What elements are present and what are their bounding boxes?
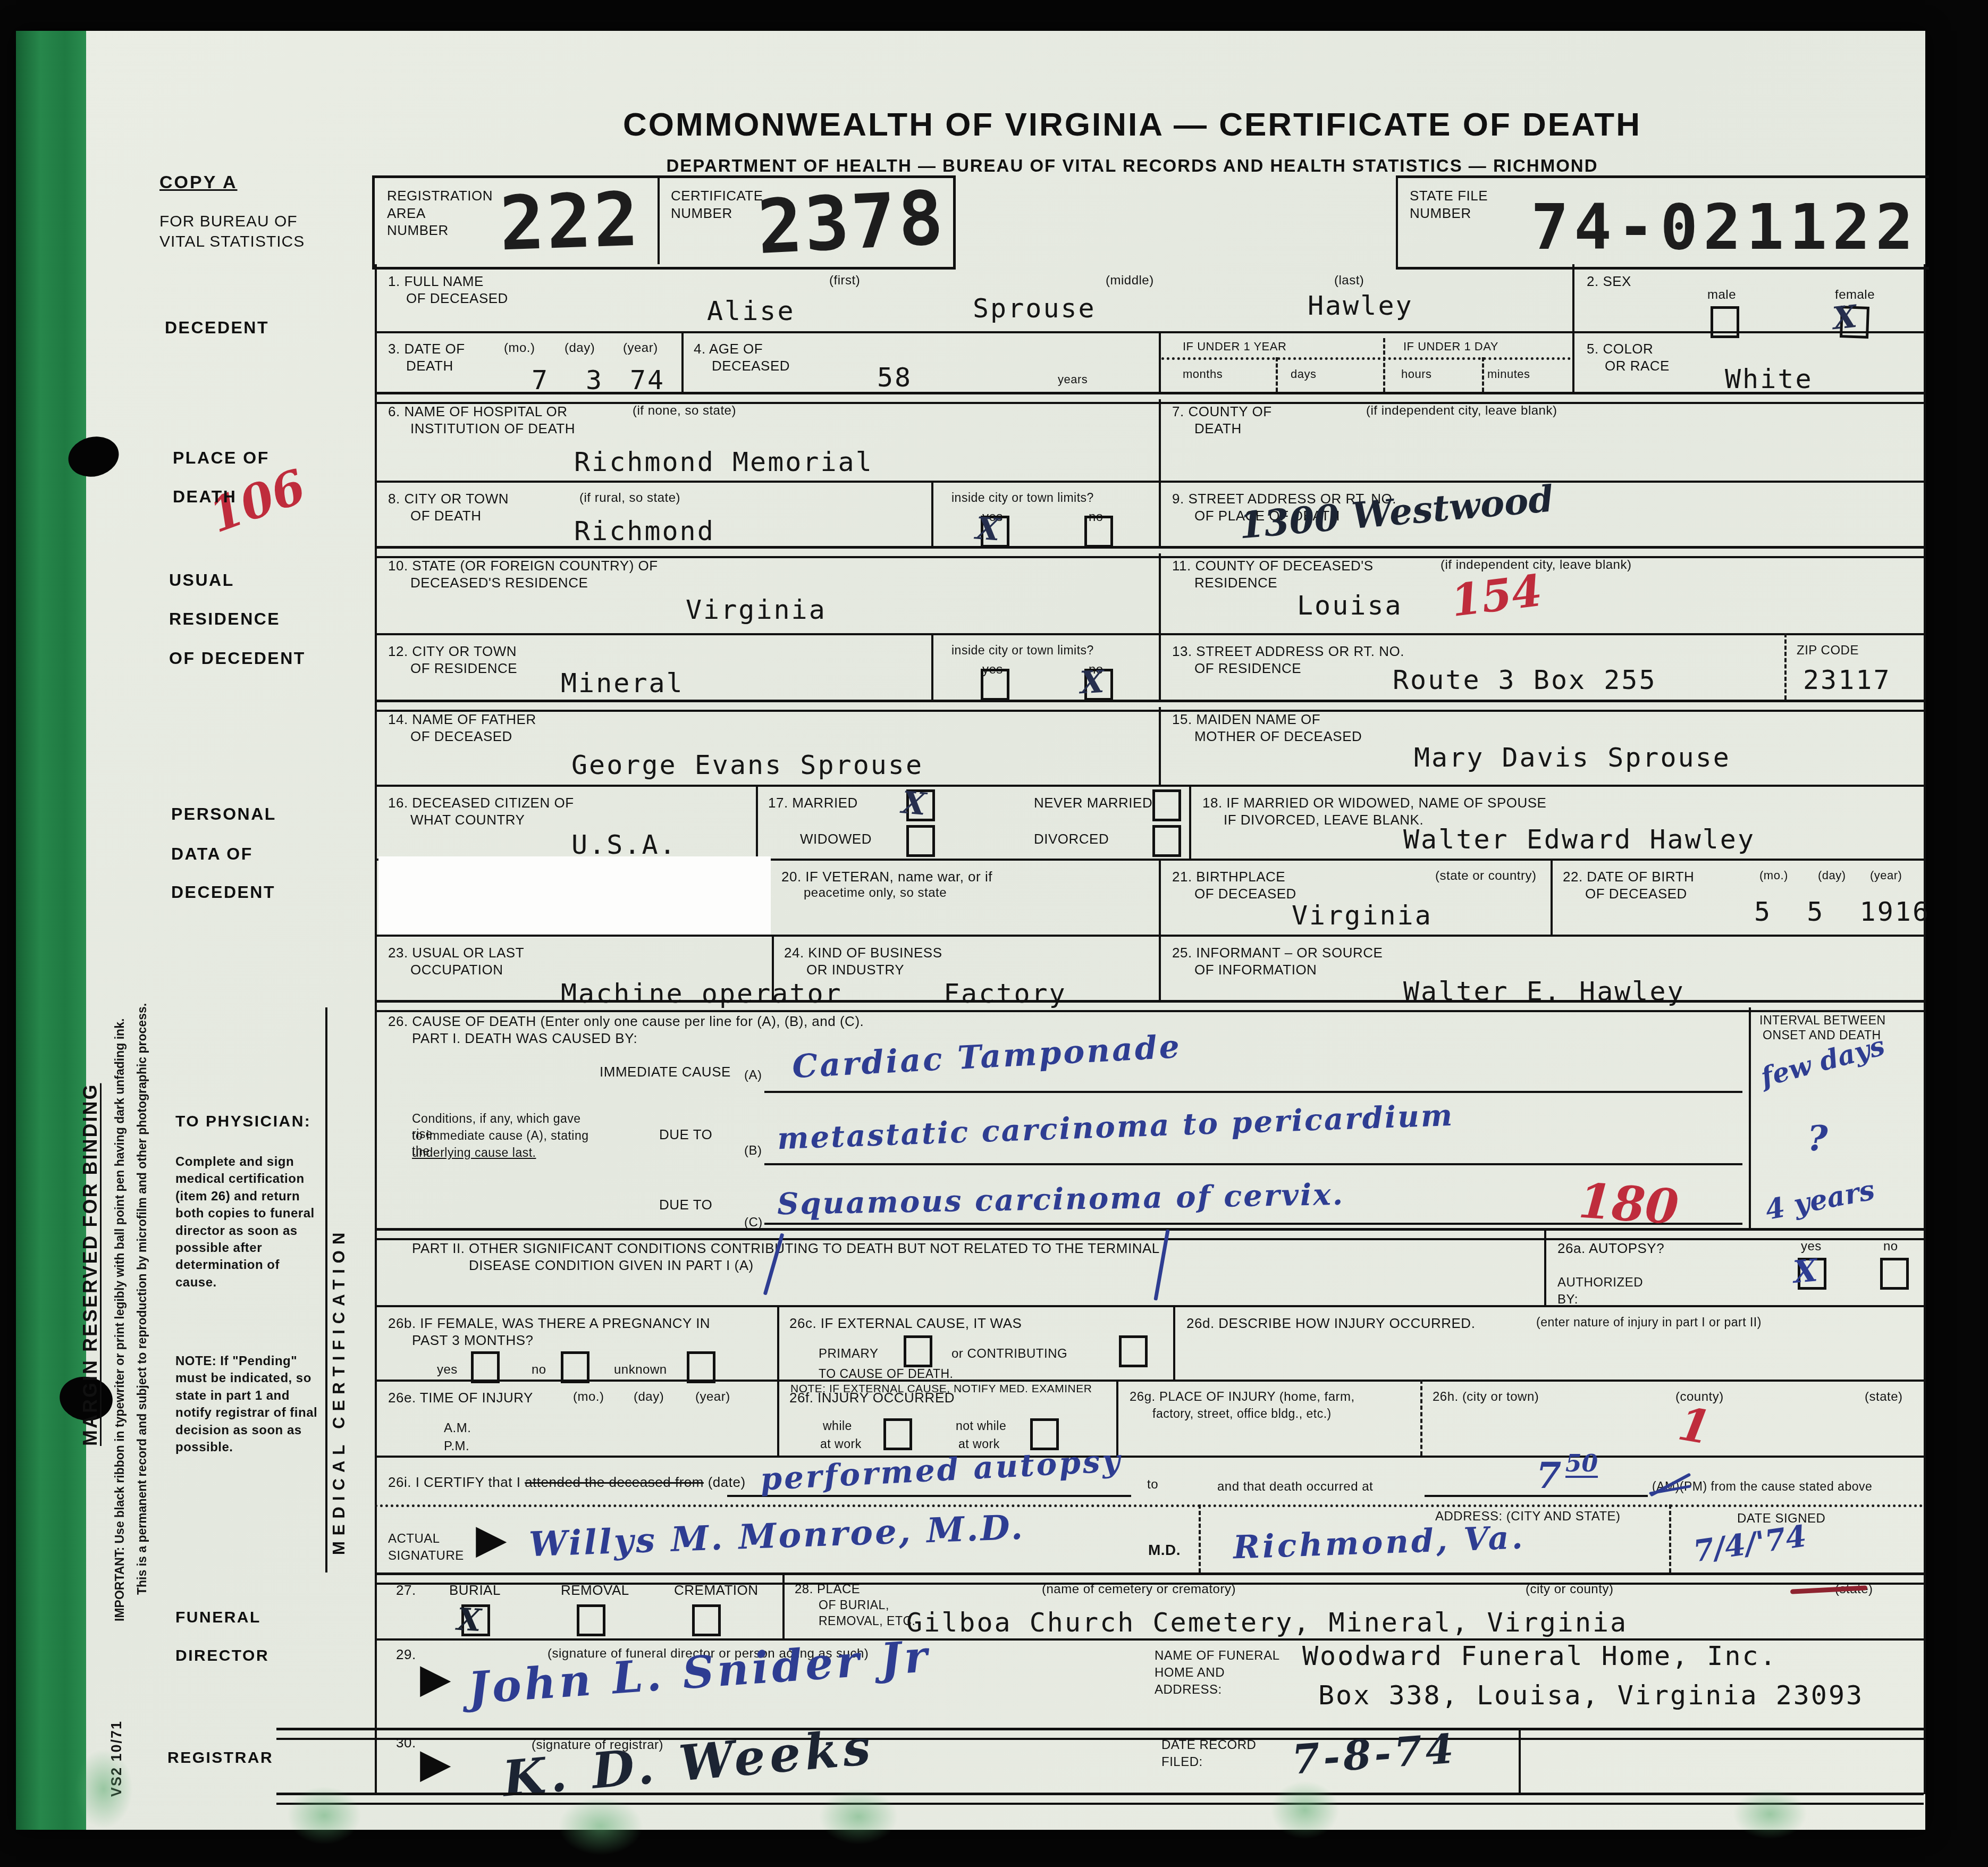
cremation-checkbox	[692, 1604, 721, 1636]
primary-checkbox	[904, 1335, 932, 1367]
field12-label: 12. CITY OR TOWN	[388, 643, 517, 660]
while-at-work-checkbox	[883, 1418, 912, 1450]
field27-no: 27.	[396, 1582, 416, 1599]
preg-yes-checkbox	[471, 1351, 500, 1383]
stamp-smudge	[74, 1749, 133, 1829]
immediate-cause-label: IMMEDIATE CAUSE	[600, 1063, 731, 1081]
city-county-hint: (city or county)	[1526, 1582, 1613, 1597]
rule	[1161, 357, 1571, 360]
primary-label: PRIMARY	[819, 1346, 878, 1362]
interval-label-1: INTERVAL BETWEEN	[1759, 1013, 1886, 1028]
field25-label: 25. INFORMANT – OR SOURCE	[1172, 944, 1383, 962]
funeral-home-name: Woodward Funeral Home, Inc.	[1302, 1642, 1778, 1671]
field26-head: 26. CAUSE OF DEATH (Enter only one cause…	[388, 1013, 864, 1030]
physician-note-1: Complete and sign medical certification …	[175, 1154, 324, 1291]
margin-binding-text: MARGIN RESERVED FOR BINDING	[81, 702, 112, 1446]
rule	[1482, 357, 1484, 392]
field26f-label: 26f. INJURY OCCURRED	[789, 1389, 955, 1407]
age-value: 58	[877, 363, 912, 392]
preg-yes-label: yes	[437, 1362, 458, 1378]
section-decedent: DECEDENT	[165, 319, 269, 336]
field28-label-2: OF BURIAL,	[819, 1597, 889, 1613]
under-1-day-label: IF UNDER 1 DAY	[1403, 339, 1498, 354]
preg-no-label: no	[532, 1362, 546, 1378]
field14-label: 14. NAME OF FATHER	[388, 711, 536, 728]
section-funeral-1: FUNERAL	[175, 1610, 261, 1626]
limits-label: inside city or town limits?	[951, 490, 1094, 506]
rule	[1159, 399, 1161, 546]
rule	[1749, 1007, 1751, 1228]
stamp-smudge	[558, 1797, 643, 1855]
death-time-minutes: 50	[1565, 1452, 1598, 1478]
field26d-label: 26d. DESCRIBE HOW INJURY OCCURRED.	[1186, 1315, 1475, 1332]
field7-label2: DEATH	[1194, 420, 1242, 438]
registrar-signature-pointer: ▶	[420, 1744, 451, 1784]
part2-label-2: DISEASE CONDITION GIVEN IN PART I (A)	[469, 1257, 754, 1274]
burial-place-value: Gilboa Church Cemetery, Mineral, Virgini…	[906, 1608, 1628, 1637]
field8-label: 8. CITY OR TOWN	[388, 490, 509, 508]
rule	[1159, 331, 1161, 392]
date-filed-label-2: FILED:	[1161, 1754, 1203, 1770]
field30-no: 30.	[396, 1734, 416, 1752]
cemetery-hint: (name of cemetery or crematory)	[1042, 1582, 1236, 1597]
stamp-smudge	[1733, 1789, 1807, 1839]
preg-unknown-label: unknown	[614, 1362, 667, 1378]
rule	[1159, 553, 1161, 633]
field24-label2: OR INDUSTRY	[806, 961, 904, 979]
field11-label2: RESIDENCE	[1194, 574, 1277, 592]
rule	[1159, 935, 1161, 1000]
field5-label: 5. COLOR	[1587, 340, 1653, 358]
conditions-note-3: underlying cause last.	[412, 1145, 536, 1160]
funeral-signature-pointer: ▶	[420, 1659, 451, 1699]
field8-label2: OF DEATH	[410, 507, 482, 525]
rule	[658, 175, 660, 264]
margin-important-text-1: IMPORTANT: Use black ribbon in typewrite…	[114, 579, 134, 1621]
field10-label2: DECEASED'S RESIDENCE	[410, 574, 588, 592]
rule	[276, 1728, 1924, 1740]
last-hint: (last)	[1334, 273, 1364, 289]
medical-certification-label: MEDICAL CERTIFICATION	[331, 1055, 368, 1555]
certify-date-hint: (date)	[708, 1474, 746, 1490]
field26b-label-1: 26b. IF FEMALE, WAS THERE A PREGNANCY IN	[388, 1315, 710, 1332]
limits2-no-mark: X	[1080, 666, 1105, 698]
rule	[375, 935, 1924, 937]
preg-unknown-checkbox	[687, 1351, 715, 1383]
hospital-value: Richmond Memorial	[574, 448, 873, 477]
rule	[772, 935, 774, 1000]
mother-name: Mary Davis Sprouse	[1414, 743, 1731, 772]
minutes-label: minutes	[1487, 367, 1530, 382]
funeral-home-label-2: HOME AND	[1155, 1665, 1225, 1681]
married-label: 17. MARRIED	[768, 794, 858, 812]
section-place-2: DEATH	[173, 488, 237, 505]
am-label: A.M.	[444, 1420, 471, 1436]
field5-label2: OR RACE	[1605, 357, 1670, 375]
deceased-first-name: Alise	[707, 297, 795, 326]
field26e-label: 26e. TIME OF INJURY	[388, 1389, 533, 1407]
rule	[1551, 859, 1553, 935]
pm-label: P.M.	[444, 1439, 469, 1454]
male-label: male	[1707, 287, 1736, 303]
actual-label-1: ACTUAL	[388, 1531, 440, 1547]
injury-mo-hint: (mo.)	[573, 1389, 604, 1405]
contributing-checkbox	[1119, 1335, 1148, 1367]
residence-state: Virginia	[686, 595, 827, 625]
certify-struck-text: attended the deceased from	[525, 1474, 704, 1490]
authorized-label-1: AUTHORIZED	[1557, 1275, 1643, 1291]
autopsy-yes-mark: X	[1792, 1255, 1819, 1288]
rule	[1784, 633, 1787, 700]
md-label: M.D.	[1148, 1541, 1181, 1559]
limits2-yes-checkbox	[981, 669, 1009, 701]
rule	[375, 1504, 1924, 1507]
limits-no-checkbox	[1084, 516, 1113, 548]
rule	[1924, 264, 1926, 1794]
burial-mark: X	[457, 1604, 482, 1636]
while-label-1: while	[823, 1418, 852, 1434]
rule	[1159, 859, 1161, 935]
cause-c-value: Squamous carcinoma of cervix.	[777, 1180, 1345, 1220]
zip-label: ZIP CODE	[1797, 643, 1859, 659]
field29-no: 29.	[396, 1646, 416, 1663]
while-label-2: at work	[820, 1436, 862, 1452]
field13-label2: OF RESIDENCE	[1194, 660, 1301, 677]
field8-hint: (if rural, so state)	[579, 490, 680, 506]
stamp-smudge	[819, 1789, 898, 1845]
dob-mo-hint: (mo.)	[1759, 868, 1788, 883]
copy-label: COPY A	[159, 171, 237, 194]
field6-hint: (if none, so state)	[633, 403, 736, 419]
stamp-smudge	[287, 1786, 361, 1845]
part2-label-1: PART II. OTHER SIGNIFICANT CONDITIONS CO…	[412, 1240, 1160, 1257]
field1-label2: OF DECEASED	[406, 290, 508, 307]
zip-value: 23117	[1803, 666, 1891, 695]
rule	[1159, 707, 1161, 785]
rule	[375, 1228, 1924, 1240]
field12-label2: OF RESIDENCE	[410, 660, 517, 677]
actual-label-2: SIGNATURE	[388, 1548, 464, 1564]
field28-label-1: 28. PLACE	[795, 1582, 860, 1597]
days-label: days	[1291, 367, 1316, 382]
months-label: months	[1183, 367, 1223, 382]
female-check-mark: X	[1831, 301, 1858, 334]
field15-label: 15. MAIDEN NAME OF	[1172, 711, 1320, 728]
widowed-checkbox	[906, 825, 935, 857]
certify-to-label: to	[1147, 1477, 1158, 1493]
rule	[756, 785, 758, 859]
section-personal-3: DECEDENT	[171, 884, 275, 901]
state-file-number: 74-021122	[1531, 196, 1918, 258]
birthplace-value: Virginia	[1292, 901, 1433, 930]
field26c-label: 26c. IF EXTERNAL CAUSE, IT WAS	[789, 1315, 1022, 1332]
binding-stripe	[16, 31, 86, 1830]
widowed-label: WIDOWED	[800, 830, 872, 848]
contributing-label: or CONTRIBUTING	[951, 1346, 1067, 1362]
rule	[1159, 633, 1161, 700]
section-usual-1: USUAL	[169, 571, 234, 588]
rule	[1383, 338, 1385, 392]
certificate-number: 2378	[756, 181, 947, 265]
field6-label: 6. NAME OF HOSPITAL OR	[388, 403, 568, 421]
field24-label: 24. KIND OF BUSINESS	[784, 944, 942, 962]
field1-label: 1. FULL NAME	[388, 273, 484, 290]
section-usual-2: RESIDENCE	[169, 610, 280, 627]
death-time-value: 7	[1536, 1458, 1561, 1494]
field15-label2: MOTHER OF DECEASED	[1194, 728, 1362, 745]
cremation-label: CREMATION	[674, 1582, 759, 1599]
dob-day-hint: (day)	[1818, 868, 1846, 883]
citizen-value: U.S.A.	[571, 830, 677, 860]
preg-no-checkbox	[561, 1351, 589, 1383]
rule	[375, 331, 1924, 333]
field21-hint: (state or country)	[1435, 868, 1536, 884]
death-month: 7	[532, 366, 549, 395]
redaction-box	[378, 856, 771, 937]
limits-yes-mark: X	[975, 513, 1001, 545]
residence-city: Mineral	[561, 669, 684, 698]
field21-label2: OF DECEASED	[1194, 885, 1296, 903]
injury-year-hint: (year)	[695, 1389, 730, 1405]
death-day: 3	[586, 366, 603, 395]
rule	[1544, 1228, 1546, 1305]
stamp-smudge	[1270, 1781, 1340, 1839]
injury-day-hint: (day)	[634, 1389, 664, 1405]
rule	[375, 392, 1924, 404]
rule	[375, 264, 377, 1794]
field16-label: 16. DECEASED CITIZEN OF	[388, 794, 574, 812]
funeral-home-label-1: NAME OF FUNERAL	[1155, 1648, 1280, 1664]
rule	[764, 1163, 1742, 1165]
section-funeral-2: DIRECTOR	[175, 1648, 269, 1664]
certificate-subtitle: DEPARTMENT OF HEALTH — BUREAU OF VITAL R…	[521, 155, 1743, 176]
married-mark: X	[901, 787, 928, 820]
date-filed-value: 7-8-74	[1291, 1728, 1458, 1780]
funeral-home-address: Box 338, Louisa, Virginia 23093	[1318, 1681, 1864, 1710]
never-married-label: NEVER MARRIED	[1034, 794, 1152, 812]
rule	[777, 1305, 779, 1380]
field23-label: 23. USUAL OR LAST	[388, 944, 524, 962]
section-registrar: REGISTRAR	[167, 1750, 273, 1766]
due-to-c-label: DUE TO	[659, 1196, 712, 1214]
removal-label: REMOVAL	[561, 1582, 629, 1599]
physician-address: Richmond, Va.	[1233, 1521, 1526, 1563]
field26g-label-2: factory, street, office bldg., etc.)	[1152, 1406, 1332, 1422]
autopsy-no-label: no	[1883, 1239, 1898, 1255]
cause-a-label: (A)	[744, 1067, 762, 1083]
field13-label: 13. STREET ADDRESS OR RT. NO.	[1172, 643, 1404, 660]
rule	[375, 1305, 1924, 1307]
spouse-name: Walter Edward Hawley	[1403, 825, 1755, 854]
autopsy-no-checkbox	[1880, 1258, 1909, 1290]
rule	[325, 1007, 327, 1572]
field22-label2: OF DECEASED	[1585, 885, 1687, 903]
state-file-label: STATE FILE NUMBER	[1410, 187, 1516, 222]
not-while-label-1: not while	[956, 1418, 1006, 1434]
rule	[681, 331, 684, 392]
rule	[1199, 1504, 1201, 1572]
field25-label2: OF INFORMATION	[1194, 961, 1317, 979]
hours-label: hours	[1401, 367, 1432, 382]
field26b-label-2: PAST 3 MONTHS?	[412, 1332, 534, 1349]
rule	[375, 546, 1924, 558]
registration-area-label: REGISTRATION AREA NUMBER	[387, 187, 485, 239]
divorced-checkbox	[1152, 825, 1181, 857]
race-value: White	[1725, 365, 1813, 394]
field26-part1: PART I. DEATH WAS CAUSED BY:	[412, 1030, 637, 1047]
field20-label2: peacetime only, so state	[804, 885, 947, 901]
rule	[782, 1572, 785, 1638]
rule	[931, 481, 933, 546]
rule	[1420, 1380, 1422, 1456]
field26d-hint: (enter nature of injury in part I or par…	[1536, 1315, 1762, 1330]
for-bureau-label: FOR BUREAU OF VITAL STATISTICS	[159, 212, 346, 251]
city-of-death: Richmond	[574, 517, 715, 546]
scanned-death-certificate: MARGIN RESERVED FOR BINDING IMPORTANT: U…	[0, 0, 1988, 1867]
field7-label: 7. COUNTY OF	[1172, 403, 1272, 421]
funeral-home-label-3: ADDRESS:	[1155, 1682, 1222, 1698]
registration-area-number: 222	[499, 182, 642, 262]
residence-street: Route 3 Box 255	[1393, 666, 1657, 695]
rule	[375, 1456, 1924, 1458]
rule	[375, 785, 1924, 787]
red-mark-180: 180	[1577, 1177, 1680, 1232]
residence-county: Louisa	[1297, 591, 1403, 620]
field3-label2: DEATH	[406, 357, 453, 375]
certificate-title: COMMONWEALTH OF VIRGINIA — CERTIFICATE O…	[521, 105, 1743, 145]
rule	[375, 633, 1924, 635]
field14-label2: OF DECEASED	[410, 728, 512, 745]
deceased-middle-name: Sprouse	[973, 294, 1096, 323]
rule	[1519, 1728, 1521, 1793]
rule	[777, 1380, 779, 1456]
margin-important-text-2: This is a permanent record and subject t…	[136, 617, 156, 1595]
field4-label: 4. AGE OF	[694, 340, 763, 358]
field20-label: 20. IF VETERAN, name war, or if	[781, 868, 992, 886]
physician-note-2: NOTE: If "Pending" must be indicated, so…	[175, 1353, 324, 1456]
year-hint: (year)	[623, 340, 658, 356]
certify-text: 26i. I CERTIFY that I	[388, 1474, 520, 1490]
cause-b-label: (B)	[744, 1143, 762, 1159]
field18-label: 18. IF MARRIED OR WIDOWED, NAME OF SPOUS…	[1202, 794, 1546, 812]
certify-label: 26i. I CERTIFY that I attended the decea…	[388, 1474, 746, 1491]
male-checkbox	[1711, 306, 1739, 338]
certificate-paper	[16, 31, 1925, 1830]
rule	[1173, 1305, 1175, 1380]
field21-label: 21. BIRTHPLACE	[1172, 868, 1285, 886]
field11-label: 11. COUNTY OF DECEASED'S	[1172, 557, 1374, 575]
to-physician-label: TO PHYSICIAN:	[175, 1114, 311, 1130]
burial-label: BURIAL	[449, 1582, 501, 1599]
field23-label2: OCCUPATION	[410, 961, 503, 979]
due-to-b-label: DUE TO	[659, 1126, 712, 1143]
field4-label2: DECEASED	[712, 357, 790, 375]
rule	[1189, 785, 1191, 859]
occurred-label: and that death occurred at	[1217, 1479, 1373, 1495]
certificate-number-label: CERTIFICATE NUMBER	[671, 187, 759, 222]
field28-label-3: REMOVAL, ETC.	[819, 1613, 915, 1629]
first-hint: (first)	[829, 273, 860, 289]
dob-year-hint: (year)	[1870, 868, 1902, 883]
rule	[276, 1793, 1924, 1805]
field6-label2: INSTITUTION OF DEATH	[410, 420, 575, 438]
removal-checkbox	[577, 1604, 605, 1636]
section-place-1: PLACE OF	[173, 449, 269, 466]
field2-label: 2. SEX	[1587, 273, 1631, 290]
day-hint: (day)	[565, 340, 595, 356]
red-mark-154: 154	[1449, 569, 1545, 623]
rule	[375, 700, 1924, 712]
middle-hint: (middle)	[1106, 273, 1154, 289]
rule	[375, 1380, 1924, 1382]
field3-label: 3. DATE OF	[388, 340, 465, 358]
rule	[1669, 1504, 1671, 1572]
section-personal-2: DATA OF	[171, 845, 253, 862]
section-usual-3: OF DECEDENT	[169, 650, 306, 667]
state-hint: (state)	[1865, 1389, 1903, 1405]
field18-label2: IF DIVORCED, LEAVE BLANK.	[1224, 811, 1423, 829]
father-name: George Evans Sprouse	[571, 751, 923, 780]
date-filed-label-1: DATE RECORD	[1161, 1737, 1256, 1753]
section-personal-1: PERSONAL	[171, 805, 276, 822]
rule	[764, 1091, 1742, 1093]
autopsy-label: 26a. AUTOPSY?	[1557, 1240, 1664, 1257]
dob-value: 5 5 1916	[1754, 897, 1930, 927]
mo-hint: (mo.)	[504, 340, 535, 356]
field22-label: 22. DATE OF BIRTH	[1563, 868, 1694, 886]
rule	[931, 633, 933, 700]
deceased-last-name: Hawley	[1308, 291, 1413, 321]
field7-hint: (if independent city, leave blank)	[1366, 403, 1557, 419]
rule	[375, 1000, 1924, 1012]
field26h-label: 26h. (city or town)	[1433, 1389, 1539, 1405]
under-1-year-label: IF UNDER 1 YEAR	[1183, 339, 1286, 354]
rule	[1572, 264, 1574, 392]
field16-label2: WHAT COUNTRY	[410, 811, 525, 829]
rule	[375, 481, 1924, 483]
field10-label: 10. STATE (OR FOREIGN COUNTRY) OF	[388, 557, 658, 575]
divorced-label: DIVORCED	[1034, 830, 1109, 848]
death-year: 74	[630, 366, 665, 395]
rule	[1276, 357, 1278, 392]
interval-b-value: ?	[1807, 1121, 1828, 1156]
signature-pointer: ▶	[476, 1519, 507, 1560]
field26g-label-1: 26g. PLACE OF INJURY (home, farm,	[1130, 1389, 1355, 1405]
never-married-checkbox	[1152, 789, 1181, 821]
limits2-label: inside city or town limits?	[951, 643, 1094, 658]
years-label: years	[1058, 372, 1088, 387]
